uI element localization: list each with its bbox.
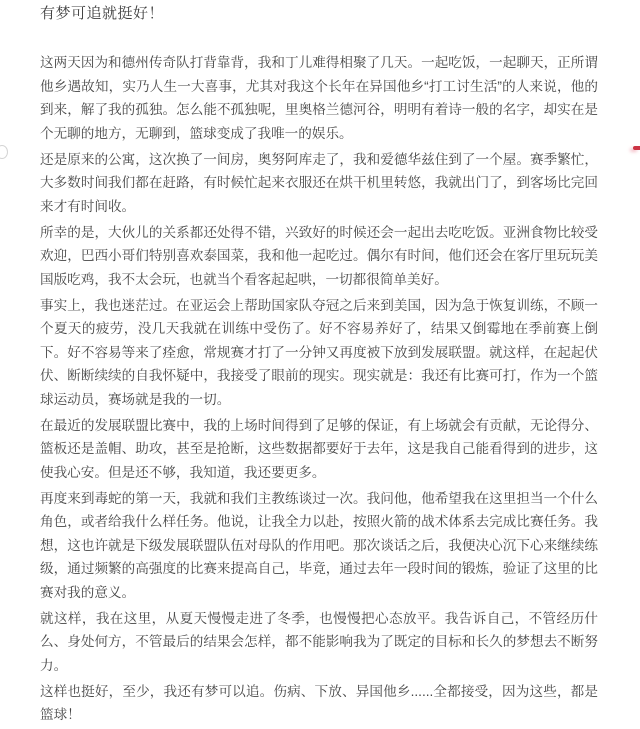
paragraph: 在最近的发展联盟比赛中，我的上场时间得到了足够的保证，有上场就会有贡献，无论得分… bbox=[40, 414, 598, 485]
article-page: 有梦可追就挺好！ 这两天因为和德州传奇队打背靠背，我和丁儿难得相聚了几天。一起吃… bbox=[0, 0, 640, 729]
paragraph: 再度来到毒蛇的第一天，我就和我们主教练谈过一次。我问他，他希望我在这里担当一个什… bbox=[40, 487, 598, 605]
article-title: 有梦可追就挺好！ bbox=[40, 2, 598, 26]
article-body: 这两天因为和德州传奇队打背靠背，我和丁儿难得相聚了几天。一起吃饭，一起聊天，正所… bbox=[40, 51, 598, 727]
paragraph: 所幸的是，大伙儿的关系都还处得不错，兴致好的时候还会一起出去吃吃饭。亚洲食物比较… bbox=[40, 221, 598, 292]
paragraph: 这两天因为和德州传奇队打背靠背，我和丁儿难得相聚了几天。一起吃饭，一起聊天，正所… bbox=[40, 51, 598, 145]
red-edge-mark bbox=[633, 146, 640, 150]
paragraph: 就这样，我在这里，从夏天慢慢走进了冬季，也慢慢把心态放平。我告诉自己，不管经历什… bbox=[40, 607, 598, 678]
paragraph: 还是原来的公寓，这次换了一间房，奥努阿库走了，我和爱德华兹住到了一个屋。赛季繁忙… bbox=[40, 148, 598, 219]
paragraph: 这样也挺好，至少，我还有梦可以追。伤病、下放、异国他乡......全都接受，因为… bbox=[40, 680, 598, 727]
paragraph: 事实上，我也迷茫过。在亚运会上帮助国家队夺冠之后来到美国，因为急于恢复训练，不顾… bbox=[40, 294, 598, 412]
